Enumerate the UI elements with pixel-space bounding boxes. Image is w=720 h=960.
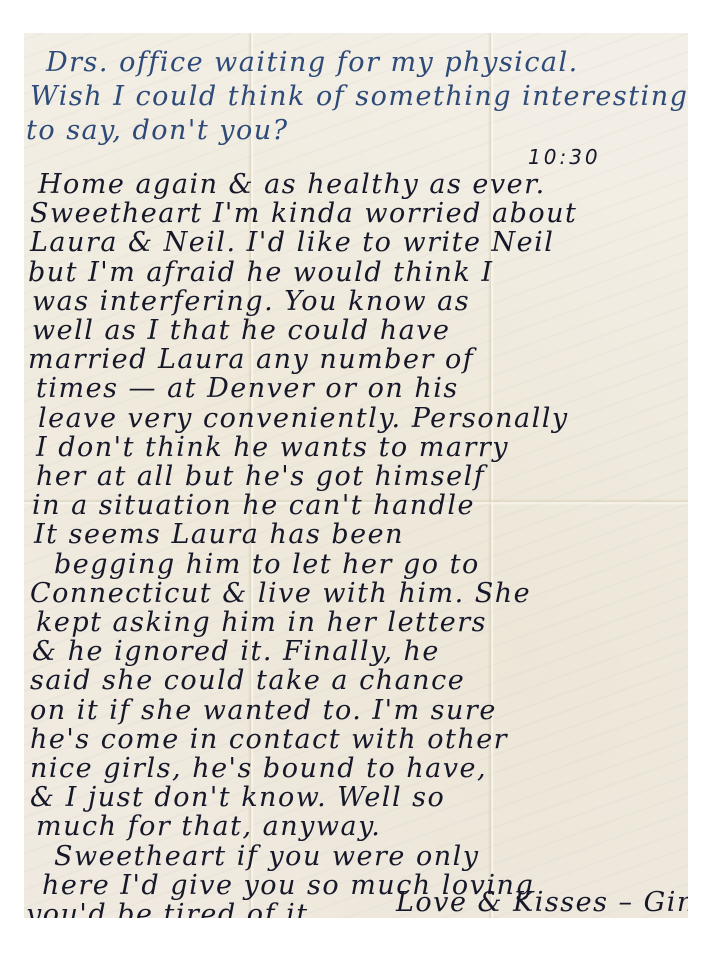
letter-line: he's come in contact with other bbox=[30, 726, 508, 753]
letter-line: you'd be tired of it. bbox=[26, 901, 319, 918]
letter-line: but I'm afraid he would think I bbox=[28, 259, 494, 286]
letter-line: was interfering. You know as bbox=[32, 288, 470, 315]
letter-line: Wish I could think of something interest… bbox=[30, 83, 688, 110]
letter-line: times — at Denver or on his bbox=[36, 375, 459, 402]
letter-line: to say, don't you? bbox=[26, 117, 289, 144]
letter-line: leave very conveniently. Personally bbox=[38, 405, 569, 432]
letter-line: & he ignored it. Finally, he bbox=[32, 638, 440, 665]
letter-line: kept asking him in her letters bbox=[36, 609, 487, 636]
letter-line: Drs. office waiting for my physical. bbox=[46, 49, 579, 76]
time-note: 10:30 bbox=[528, 147, 601, 167]
letter-line: It seems Laura has been bbox=[34, 521, 404, 548]
letter-line: well as I that he could have bbox=[32, 317, 450, 344]
letter-line: nice girls, he's bound to have, bbox=[30, 755, 487, 782]
closing-signature: Love & Kisses – Ginn bbox=[396, 889, 688, 916]
letter-line: Connecticut & live with him. She bbox=[30, 580, 531, 607]
letter-line: Home again & as healthy as ever. bbox=[38, 171, 546, 198]
letter-line: I don't think he wants to marry bbox=[36, 434, 509, 461]
letter-line: her at all but he's got himself bbox=[36, 463, 485, 490]
letter-line: in a situation he can't handle bbox=[32, 492, 475, 519]
letter-line: much for that, anyway. bbox=[36, 813, 381, 840]
letter-line: Laura & Neil. I'd like to write Neil bbox=[30, 229, 554, 256]
letter-line: said she could take a chance bbox=[30, 667, 465, 694]
letter-line: & I just don't know. Well so bbox=[30, 784, 445, 811]
fold-crease-vertical bbox=[488, 33, 494, 918]
letter-line: Sweetheart if you were only bbox=[54, 843, 480, 870]
letter-paper: Drs. office waiting for my physical. Wis… bbox=[24, 33, 688, 918]
letter-line: begging him to let her go to bbox=[54, 551, 480, 578]
letter-line: Sweetheart I'm kinda worried about bbox=[30, 200, 577, 227]
letter-line: married Laura any number of bbox=[28, 346, 474, 373]
letter-line: on it if she wanted to. I'm sure bbox=[30, 697, 497, 724]
